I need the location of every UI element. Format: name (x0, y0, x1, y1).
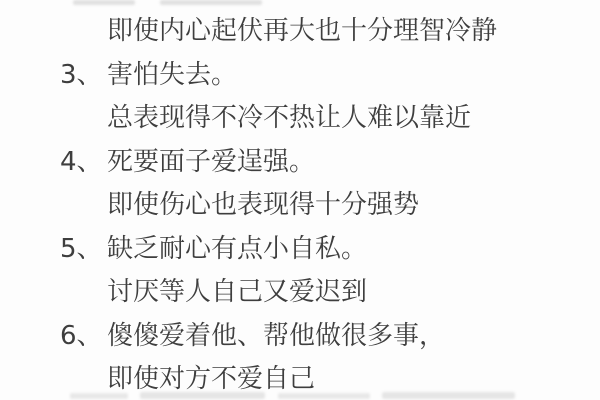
clipped-text-bottom-fragment (278, 393, 370, 399)
clipped-text-bottom-fragment (70, 393, 128, 399)
list-item-3: 3、害怕失去。 (0, 54, 600, 98)
clipped-text-top-fragment (160, 0, 262, 5)
list-item-title: 缺乏耐心有点小自私。 (107, 234, 367, 264)
clipped-text-top-fragment (73, 0, 135, 5)
list-item-number: 4、 (60, 141, 107, 185)
list-item-number: 3、 (60, 54, 107, 98)
list-detail-line: 总表现得不冷不热让人难以靠近 (0, 97, 600, 141)
list-detail-line: 即使内心起伏再大也十分理智冷静 (0, 10, 600, 54)
clipped-text-bottom-fragment (140, 392, 265, 399)
list-item-number: 6、 (60, 315, 107, 359)
list-detail-line: 即使伤心也表现得十分强势 (0, 184, 600, 228)
list-item-4: 4、死要面子爱逞强。 (0, 141, 600, 185)
list-item-5: 5、缺乏耐心有点小自私。 (0, 228, 600, 272)
trait-list: 即使内心起伏再大也十分理智冷静 3、害怕失去。 总表现得不冷不热让人难以靠近 4… (0, 10, 600, 400)
list-item-title: 傻傻爱着他、帮他做很多事， (107, 321, 445, 351)
clipped-text-bottom-fragment (382, 392, 515, 399)
list-item-title: 害怕失去。 (107, 60, 237, 90)
list-item-title: 死要面子爱逞强。 (107, 147, 315, 177)
list-item-6: 6、傻傻爱着他、帮他做很多事， (0, 315, 600, 359)
list-item-number: 5、 (60, 228, 107, 272)
list-detail-line: 讨厌等人自己又爱迟到 (0, 271, 600, 315)
